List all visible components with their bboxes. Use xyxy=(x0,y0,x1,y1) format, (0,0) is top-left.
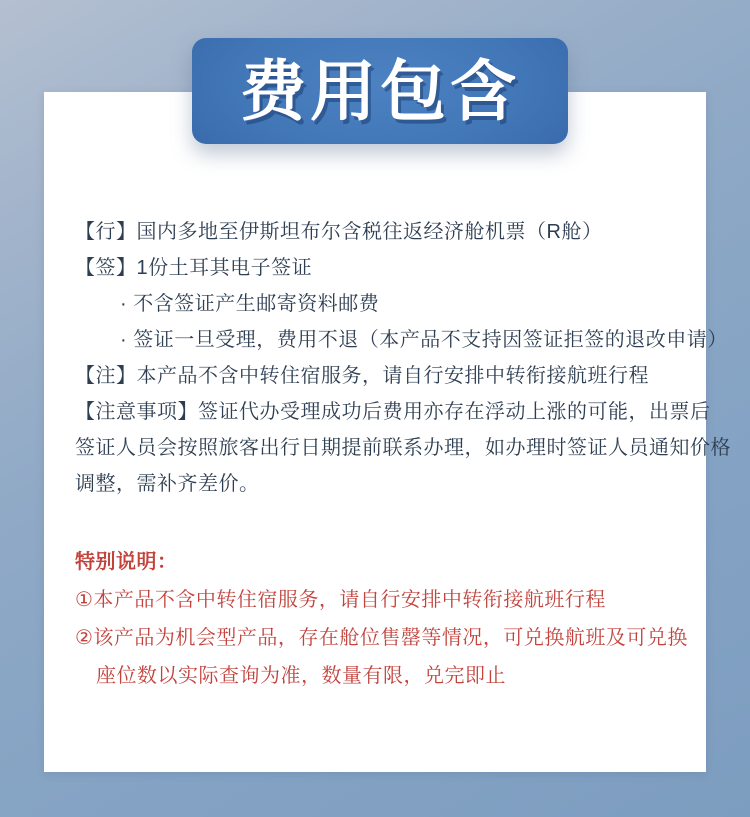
fee-line-flight: 【行】国内多地至伊斯坦布尔含税往返经济舱机票（R舱） xyxy=(75,214,687,250)
special-note-item-2-cont: 座位数以实际查询为准，数量有限，兑完即止 xyxy=(75,657,687,695)
fee-line-visa-no-refund: · 签证一旦受理，费用不退（本产品不支持因签证拒签的退改申请） xyxy=(75,322,687,358)
fee-line-notice-1: 【注意事项】签证代办受理成功后费用亦存在浮动上涨的可能，出票后 xyxy=(75,394,687,430)
title-banner: 费用包含 xyxy=(192,38,568,144)
special-note-item-1: ①本产品不含中转住宿服务，请自行安排中转衔接航班行程 xyxy=(75,581,687,619)
fee-line-visa-postage: · 不含签证产生邮寄资料邮费 xyxy=(75,286,687,322)
fee-line-visa: 【签】1份土耳其电子签证 xyxy=(75,250,687,286)
fee-line-notice-3: 调整，需补齐差价。 xyxy=(75,466,687,502)
fee-include-list: 【行】国内多地至伊斯坦布尔含税往返经济舱机票（R舱） 【签】1份土耳其电子签证 … xyxy=(75,214,687,502)
fee-line-notice-2: 签证人员会按照旅客出行日期提前联系办理，如办理时签证人员通知价格 xyxy=(75,430,687,466)
page-title: 费用包含 xyxy=(240,58,520,124)
special-note-section: 特别说明： ①本产品不含中转住宿服务，请自行安排中转衔接航班行程 ②该产品为机会… xyxy=(75,543,687,695)
fee-line-note: 【注】本产品不含中转住宿服务，请自行安排中转衔接航班行程 xyxy=(75,358,687,394)
special-note-item-2: ②该产品为机会型产品，存在舱位售罄等情况，可兑换航班及可兑换 xyxy=(75,619,687,657)
special-note-heading: 特别说明： xyxy=(75,543,687,581)
